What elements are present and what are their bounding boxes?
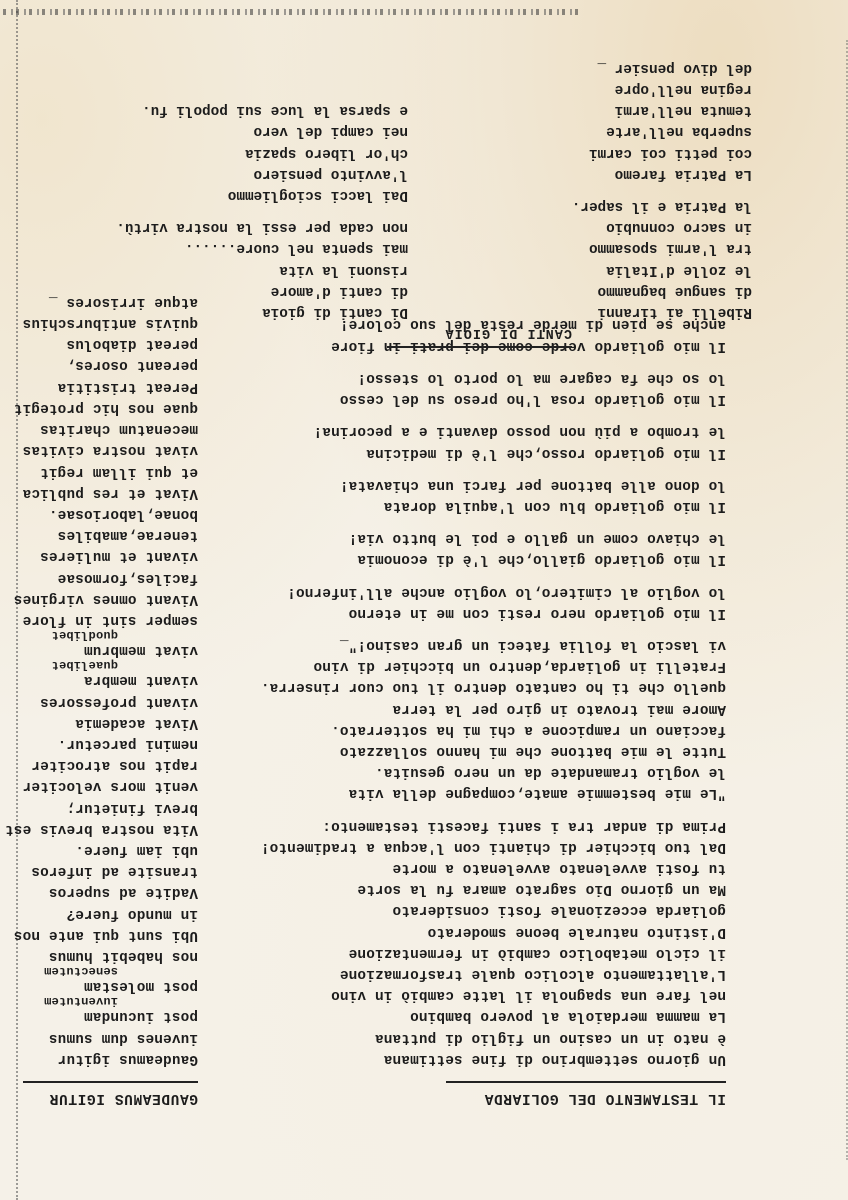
text-line: l'avvinto pensiero: [78, 163, 408, 184]
text-line: superba nell'arte: [462, 120, 752, 141]
text-line: quae nos hic protegit: [0, 397, 198, 418]
text-line: venit mors velociter: [0, 775, 198, 796]
text-line: pereat diabolus: [0, 333, 198, 354]
stanza-gap: [266, 409, 726, 420]
text-line: Prima di andar tra i santi facesti testa…: [266, 814, 726, 835]
text-line: di canti d'amore: [78, 280, 408, 301]
text-line: la Patria e il saper.: [462, 195, 752, 216]
gaudeamus-title: GAUDEAMUS IGITUR: [49, 1085, 198, 1108]
testamento-lines: Un giorno settembrino di fine settimanaè…: [266, 313, 726, 1069]
text-line: quodlibet: [0, 630, 198, 639]
stanza-gap: [266, 569, 726, 580]
text-line: vivat nostra civitas: [0, 439, 198, 460]
text-line: vivant professores: [0, 690, 198, 711]
text-line: lo so che fa cagare ma lo porto lo stess…: [266, 367, 726, 388]
text-line: Dal tuo bicchier di chianti con l'acqua …: [266, 836, 726, 857]
text-line: è nato in un casino un figlio di puttana: [266, 1026, 726, 1047]
text-line: le voglio tramandate da un nero gesuita.: [266, 761, 726, 782]
text-line: in sacro connubio: [462, 216, 752, 237]
stanza-gap: [266, 463, 726, 474]
text-line: Gaudeamus igitur: [0, 1048, 198, 1069]
text-line: goliarda eccezionale fosti considerato: [266, 899, 726, 920]
text-line: Vadite ad superos: [0, 881, 198, 902]
text-line: ch'or libero spazia: [78, 141, 408, 162]
text-line: Fratelli in goliarda,dentro un bicchier …: [266, 655, 726, 676]
text-line: Dai lacci sciogliemmo: [78, 184, 408, 205]
text-line: il ciclo metabolico cambiò in fermentazi…: [266, 942, 726, 963]
text-line: senectutem: [0, 966, 198, 975]
text-line: le zolle d'Italia: [462, 258, 752, 279]
text-line: La Patria faremo: [462, 163, 752, 184]
text-line: Vita nostra brevis est: [0, 818, 198, 839]
text-line: iuvenes dum sumus: [0, 1026, 198, 1047]
text-line: del divo pensier _: [462, 57, 752, 78]
gaudeamus-heading: GAUDEAMUS IGITUR: [0, 1081, 198, 1108]
text-line: bonae,laboriosae.: [0, 503, 198, 524]
canti-stanza-right: Di canti di gioiadi canti d'amorerisuoni…: [78, 99, 408, 322]
text-line: coi petti coi carmi: [462, 141, 752, 162]
canti-title: CANTI DI GIOIA: [445, 323, 572, 340]
title-underline: [23, 1081, 198, 1083]
text-line: regina nell'opre: [462, 78, 752, 99]
title-underline: [446, 1081, 726, 1083]
text-line: le trombo a più non posso davanti e a pe…: [266, 420, 726, 441]
text-line: pereant osores,: [0, 354, 198, 375]
stanza-gap: [266, 623, 726, 634]
text-line: in mundo fuere?: [0, 902, 198, 923]
text-line: Vivat et res publica: [0, 482, 198, 503]
text-line: transite ad inferos: [0, 860, 198, 881]
text-line: risuoni la vita: [78, 258, 408, 279]
text-line: brevi finietur;: [0, 796, 198, 817]
text-line: Pereat tristitia: [0, 376, 198, 397]
text-line: D'istinto naturale beone smoderato: [266, 920, 726, 941]
canti-stanza-left: Ribelli ai tirannidi sangue bagnammole z…: [462, 57, 752, 322]
text-line: Il mio goliardo nero resti con me in ete…: [266, 602, 726, 623]
gaudeamus-column: GAUDEAMUS IGITUR Gaudeamus igituriuvenes…: [0, 291, 198, 1108]
text-line: semper sint in flore: [0, 609, 198, 630]
text-line: Ribelli ai tiranni: [462, 301, 752, 322]
gaudeamus-lines: Gaudeamus igituriuvenes dum sumuspost iu…: [0, 291, 198, 1069]
stanza-gap: [266, 516, 726, 527]
text-line: Il mio goliardo giallo,che l'è di econom…: [266, 548, 726, 569]
text-line: Vivant omnes virgines: [0, 588, 198, 609]
testamento-title: IL TESTAMENTO DEL GOLIARDA: [484, 1085, 726, 1108]
testamento-column: IL TESTAMENTO DEL GOLIARDA Un giorno set…: [266, 313, 726, 1108]
text-line: quaelibet: [0, 660, 198, 669]
text-line: vivant membra: [0, 669, 198, 690]
text-line: tra l'armi sposammo: [462, 237, 752, 258]
text-line: L'allattamento alcolico quale trasformaz…: [266, 963, 726, 984]
text-line: post molestam: [0, 975, 198, 996]
text-line: iuventutem: [0, 996, 198, 1005]
text-line: tu fosti avvelenato avvelenato a morte: [266, 857, 726, 878]
text-line: nos habebit humus: [0, 945, 198, 966]
text-line: Ubi sunt qui ante nos: [0, 924, 198, 945]
text-line: tenerae,amabiles: [0, 524, 198, 545]
text-line: nei campi del vero: [78, 120, 408, 141]
text-line: vivant et mulieres: [0, 545, 198, 566]
text-line: lo voglio al cimitero,lo voglio anche al…: [266, 580, 726, 601]
text-line: facciano un rampicone a chi mi ha sotter…: [266, 719, 726, 740]
text-line: vivat membrum: [0, 639, 198, 660]
text-line: nemini parcetur.: [0, 733, 198, 754]
scan-noise-bottom: [0, 9, 578, 15]
text-line: temuta nell'armi: [462, 99, 752, 120]
text-line: Vivat academia: [0, 712, 198, 733]
stanza-gap: [266, 356, 726, 367]
text-line: non cada per essi la nostra virtù.: [78, 216, 408, 237]
text-line: Il mio goliardo blu con l'aquila dorata: [266, 495, 726, 516]
text-line: nel fare una spagnola il latte cambiò in…: [266, 984, 726, 1005]
text-line: mecenatum charitas: [0, 418, 198, 439]
text-line: La mamma merdaiola al povero bambino: [266, 1005, 726, 1026]
text-line: et qui illam regit: [0, 460, 198, 481]
stanza-gap: [266, 803, 726, 814]
text-line: le chiavo come un gallo e poi le butto v…: [266, 527, 726, 548]
stanza-gap: [462, 184, 752, 195]
text-line: Il mio goliardo rosa l'ho preso su del c…: [266, 388, 726, 409]
text-line: post iucundam: [0, 1005, 198, 1026]
stanza-gap: [78, 205, 408, 216]
text-line: Il mio goliardo rosso,che l'è di medicin…: [266, 441, 726, 462]
text-line: vi lascio la follia fateci un gran casin…: [266, 634, 726, 655]
canti-heading: CANTI DI GIOIA: [387, 323, 572, 350]
text-line: Amore mai trovato in giro per la terra: [266, 697, 726, 718]
text-line: Tutte le mie battone che mi hanno sollaz…: [266, 740, 726, 761]
text-line: rapit nos atrociter: [0, 754, 198, 775]
text-line: quello che ti ho cantato dentro il tuo c…: [266, 676, 726, 697]
text-line: Ma un giorno Dio sagrato amara fu la sor…: [266, 878, 726, 899]
text-line: mai spenta nel cuore......: [78, 237, 408, 258]
title-overline: [387, 346, 572, 348]
text-line: faciles,formosae: [0, 566, 198, 587]
text-line: di sangue bagnammo: [462, 280, 752, 301]
text-line: Un giorno settembrino di fine settimana: [266, 1048, 726, 1069]
text-line: e sparsa la luce sui popoli fu.: [78, 99, 408, 120]
testamento-heading: IL TESTAMENTO DEL GOLIARDA: [266, 1081, 726, 1108]
text-line: Di canti di gioia: [78, 301, 408, 322]
document-page: IL TESTAMENTO DEL GOLIARDA Un giorno set…: [0, 0, 848, 1200]
text-line: "Le mie bestemmie amate,compagne della v…: [266, 782, 726, 803]
text-line: lo dono alle battone per farci una chiav…: [266, 474, 726, 495]
text-line: ubi iam fuere.: [0, 839, 198, 860]
